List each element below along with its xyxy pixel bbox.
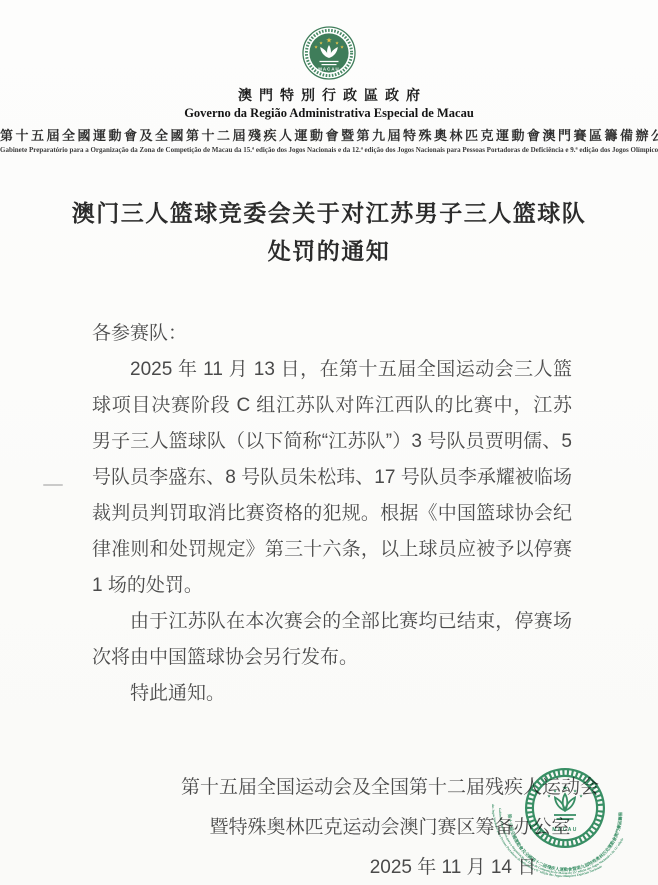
document-page: ★ ★ ★ ★ ★ MACAU 澳門特別行政區政府 Governo da Reg…: [0, 0, 658, 885]
svg-text:★: ★: [579, 794, 583, 799]
page-title: 澳门三人篮球竞委会关于对江苏男子三人篮球队 处罚的通知: [40, 194, 618, 270]
svg-text:★: ★: [326, 37, 332, 45]
emblem-macau-label: MACAU: [318, 67, 340, 72]
svg-text:★: ★: [335, 41, 339, 46]
stamp-macau-label: MACAU: [552, 827, 578, 833]
scan-artifact-dash: [43, 484, 63, 486]
body-paragraph-2: 由于江苏队在本次赛会的全部比赛均已结束，停赛场次将由中国篮球协会另行发布。: [92, 604, 572, 676]
government-name-portuguese: Governo da Região Administrativa Especia…: [0, 106, 658, 121]
macau-government-emblem-icon: ★ ★ ★ ★ ★ MACAU: [302, 26, 356, 80]
office-name-portuguese: Gabinete Preparatório para a Organização…: [0, 146, 658, 154]
svg-text:★: ★: [340, 45, 344, 50]
svg-text:★: ★: [553, 789, 557, 794]
svg-text:★: ★: [319, 41, 323, 46]
closing-phrase: 特此通知。: [92, 676, 572, 712]
document-header: ★ ★ ★ ★ ★ MACAU 澳門特別行政區政府 Governo da Reg…: [0, 0, 658, 154]
page-title-line1: 澳门三人篮球竞委会关于对江苏男子三人篮球队: [72, 200, 587, 226]
stamp-emblem-icon: ★ ★ ★ ★ ★ MACAU: [525, 768, 605, 848]
body-paragraph-1: 2025 年 11 月 13 日，在第十五届全国运动会三人篮球项目决赛阶段 C …: [92, 352, 572, 604]
salutation: 各参赛队：: [92, 316, 572, 352]
office-name-chinese: 第十五屆全國運動會及全國第十二屆殘疾人運動會暨第九屆特殊奧林匹克運動會澳門賽區籌…: [0, 125, 658, 144]
svg-text:★: ★: [314, 45, 318, 50]
government-name-chinese: 澳門特別行政區政府: [0, 85, 658, 105]
document-body: 各参赛队： 2025 年 11 月 13 日，在第十五届全国运动会三人篮球项目决…: [92, 316, 572, 712]
svg-text:★: ★: [547, 794, 551, 799]
office-stamp-icon: 第十五屆全國運動會及全國第十二屆殘疾人運動會暨第九屆特殊奧林匹克運動會澳門賽區籌…: [468, 756, 658, 885]
page-title-line2: 处罚的通知: [268, 238, 391, 264]
svg-text:★: ★: [573, 789, 577, 794]
svg-text:★: ★: [562, 784, 568, 792]
